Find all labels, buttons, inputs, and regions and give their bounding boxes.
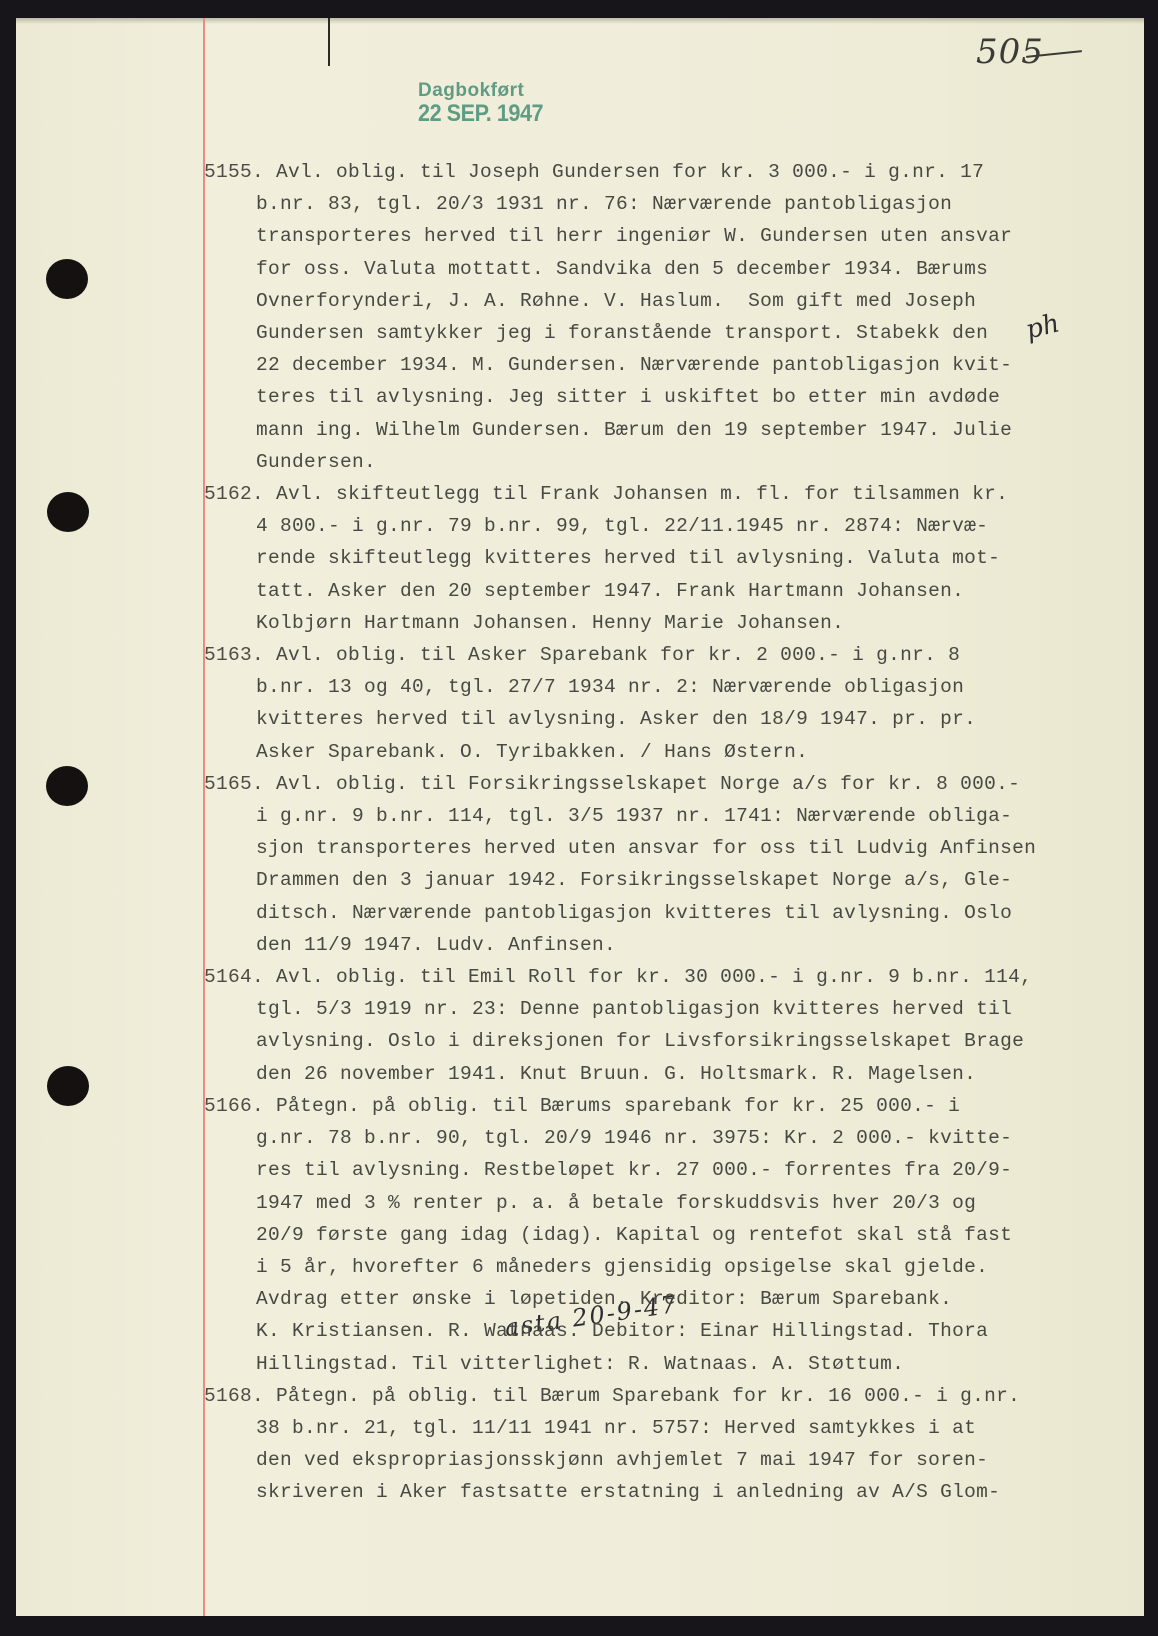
stamp-label: Dagbokført <box>418 80 557 102</box>
entry-line: den 26 november 1941. Knut Bruun. G. Hol… <box>204 1058 1144 1090</box>
entry-line: i 5 år, hvorefter 6 måneders gjensidig o… <box>204 1251 1144 1283</box>
entry-line: skriveren i Aker fastsatte erstatning i … <box>204 1476 1144 1508</box>
punch-hole <box>47 1066 89 1106</box>
entry-line: rende skifteutlegg kvitteres herved til … <box>204 542 1144 574</box>
entry-line: 38 b.nr. 21, tgl. 11/11 1941 nr. 5757: H… <box>204 1412 1144 1444</box>
entry-text: Påtegn. på oblig. til Bærums sparebank f… <box>264 1095 960 1117</box>
entry-line: kvitteres herved til avlysning. Asker de… <box>204 703 1144 735</box>
entry-first-line: 5166. Påtegn. på oblig. til Bærums spare… <box>204 1090 1144 1122</box>
entry-first-line: 5163. Avl. oblig. til Asker Sparebank fo… <box>204 639 1144 671</box>
entry-line: b.nr. 83, tgl. 20/3 1931 nr. 76: Nærvære… <box>204 188 1144 220</box>
punch-hole <box>46 259 88 299</box>
entry-line: Hillingstad. Til vitterlighet: R. Watnaa… <box>204 1348 1144 1380</box>
ledger-entries: 5155. Avl. oblig. til Joseph Gundersen f… <box>204 156 1144 1509</box>
ledger-entry: 5162. Avl. skifteutlegg til Frank Johans… <box>204 478 1144 639</box>
entry-line: 22 december 1934. M. Gundersen. Nærværen… <box>204 349 1144 381</box>
entry-first-line: 5168. Påtegn. på oblig. til Bærum Spareb… <box>204 1380 1144 1412</box>
page-top-shadow <box>16 18 1144 24</box>
entry-number: 5155. <box>204 161 264 183</box>
entry-line: K. Kristiansen. R. Watnaas. Debitor: Ein… <box>204 1315 1144 1347</box>
entry-line: teres til avlysning. Jeg sitter i uskift… <box>204 381 1144 413</box>
entry-number: 5168. <box>204 1385 264 1407</box>
entry-line: sjon transporteres herved uten ansvar fo… <box>204 832 1144 864</box>
entry-line: b.nr. 13 og 40, tgl. 27/7 1934 nr. 2: Næ… <box>204 671 1144 703</box>
registration-stamp: Dagbokført 22 SEP. 1947 <box>418 80 557 128</box>
entry-first-line: 5165. Avl. oblig. til Forsikringsselskap… <box>204 768 1144 800</box>
entry-line: for oss. Valuta mottatt. Sandvika den 5 … <box>204 253 1144 285</box>
entry-line: Gundersen. <box>204 446 1144 478</box>
entry-line: 20/9 første gang idag (idag). Kapital og… <box>204 1219 1144 1251</box>
entry-text: Påtegn. på oblig. til Bærum Sparebank fo… <box>264 1385 1020 1407</box>
entry-number: 5163. <box>204 644 264 666</box>
entry-line: Gundersen samtykker jeg i foranstående t… <box>204 317 1144 349</box>
entry-number: 5165. <box>204 773 264 795</box>
entry-number: 5162. <box>204 483 264 505</box>
ledger-page: 505 Dagbokført 22 SEP. 1947 ph asta 20-9… <box>16 18 1144 1616</box>
entry-line: mann ing. Wilhelm Gundersen. Bærum den 1… <box>204 414 1144 446</box>
entry-line: den 11/9 1947. Ludv. Anfinsen. <box>204 929 1144 961</box>
punch-hole <box>46 766 88 806</box>
stamp-date: 22 SEP. 1947 <box>418 100 543 128</box>
entry-line: res til avlysning. Restbeløpet kr. 27 00… <box>204 1154 1144 1186</box>
entry-number: 5164. <box>204 966 264 988</box>
entry-line: Ovnerforynderi, J. A. Røhne. V. Haslum. … <box>204 285 1144 317</box>
ledger-entry: 5155. Avl. oblig. til Joseph Gundersen f… <box>204 156 1144 478</box>
entry-text: Avl. oblig. til Asker Sparebank for kr. … <box>264 644 960 666</box>
entry-line: 4 800.- i g.nr. 79 b.nr. 99, tgl. 22/11.… <box>204 510 1144 542</box>
ledger-entry: 5163. Avl. oblig. til Asker Sparebank fo… <box>204 639 1144 768</box>
entry-line: avlysning. Oslo i direksjonen for Livsfo… <box>204 1025 1144 1057</box>
ledger-entry: 5164. Avl. oblig. til Emil Roll for kr. … <box>204 961 1144 1090</box>
entry-first-line: 5155. Avl. oblig. til Joseph Gundersen f… <box>204 156 1144 188</box>
entry-text: Avl. oblig. til Emil Roll for kr. 30 000… <box>264 966 1032 988</box>
entry-line: 1947 med 3 % renter p. a. å betale forsk… <box>204 1187 1144 1219</box>
entry-line: den ved ekspropriasjonsskjønn avhjemlet … <box>204 1444 1144 1476</box>
entry-line: ditsch. Nærværende pantobligasjon kvitte… <box>204 897 1144 929</box>
entry-line: Asker Sparebank. O. Tyribakken. / Hans Ø… <box>204 736 1144 768</box>
entry-number: 5166. <box>204 1095 264 1117</box>
entry-text: Avl. oblig. til Forsikringsselskapet Nor… <box>264 773 1020 795</box>
folio-number: 505 <box>976 32 1044 72</box>
entry-first-line: 5164. Avl. oblig. til Emil Roll for kr. … <box>204 961 1144 993</box>
entry-line: tgl. 5/3 1919 nr. 23: Denne pantobligasj… <box>204 993 1144 1025</box>
entry-line: i g.nr. 9 b.nr. 114, tgl. 3/5 1937 nr. 1… <box>204 800 1144 832</box>
entry-line: Drammen den 3 januar 1942. Forsikringsse… <box>204 864 1144 896</box>
entry-text: Avl. oblig. til Joseph Gundersen for kr.… <box>264 161 984 183</box>
entry-first-line: 5162. Avl. skifteutlegg til Frank Johans… <box>204 478 1144 510</box>
ledger-entry: 5165. Avl. oblig. til Forsikringsselskap… <box>204 768 1144 961</box>
entry-text: Avl. skifteutlegg til Frank Johansen m. … <box>264 483 1008 505</box>
ledger-entry: 5166. Påtegn. på oblig. til Bærums spare… <box>204 1090 1144 1380</box>
fold-crease <box>328 18 330 66</box>
entry-line: Kolbjørn Hartmann Johansen. Henny Marie … <box>204 607 1144 639</box>
entry-line: tatt. Asker den 20 september 1947. Frank… <box>204 575 1144 607</box>
entry-line: transporteres herved til herr ingeniør W… <box>204 220 1144 252</box>
punch-hole <box>47 492 89 532</box>
entry-line: Avdrag etter ønske i løpetiden. Kreditor… <box>204 1283 1144 1315</box>
entry-line: g.nr. 78 b.nr. 90, tgl. 20/9 1946 nr. 39… <box>204 1122 1144 1154</box>
ledger-entry: 5168. Påtegn. på oblig. til Bærum Spareb… <box>204 1380 1144 1509</box>
